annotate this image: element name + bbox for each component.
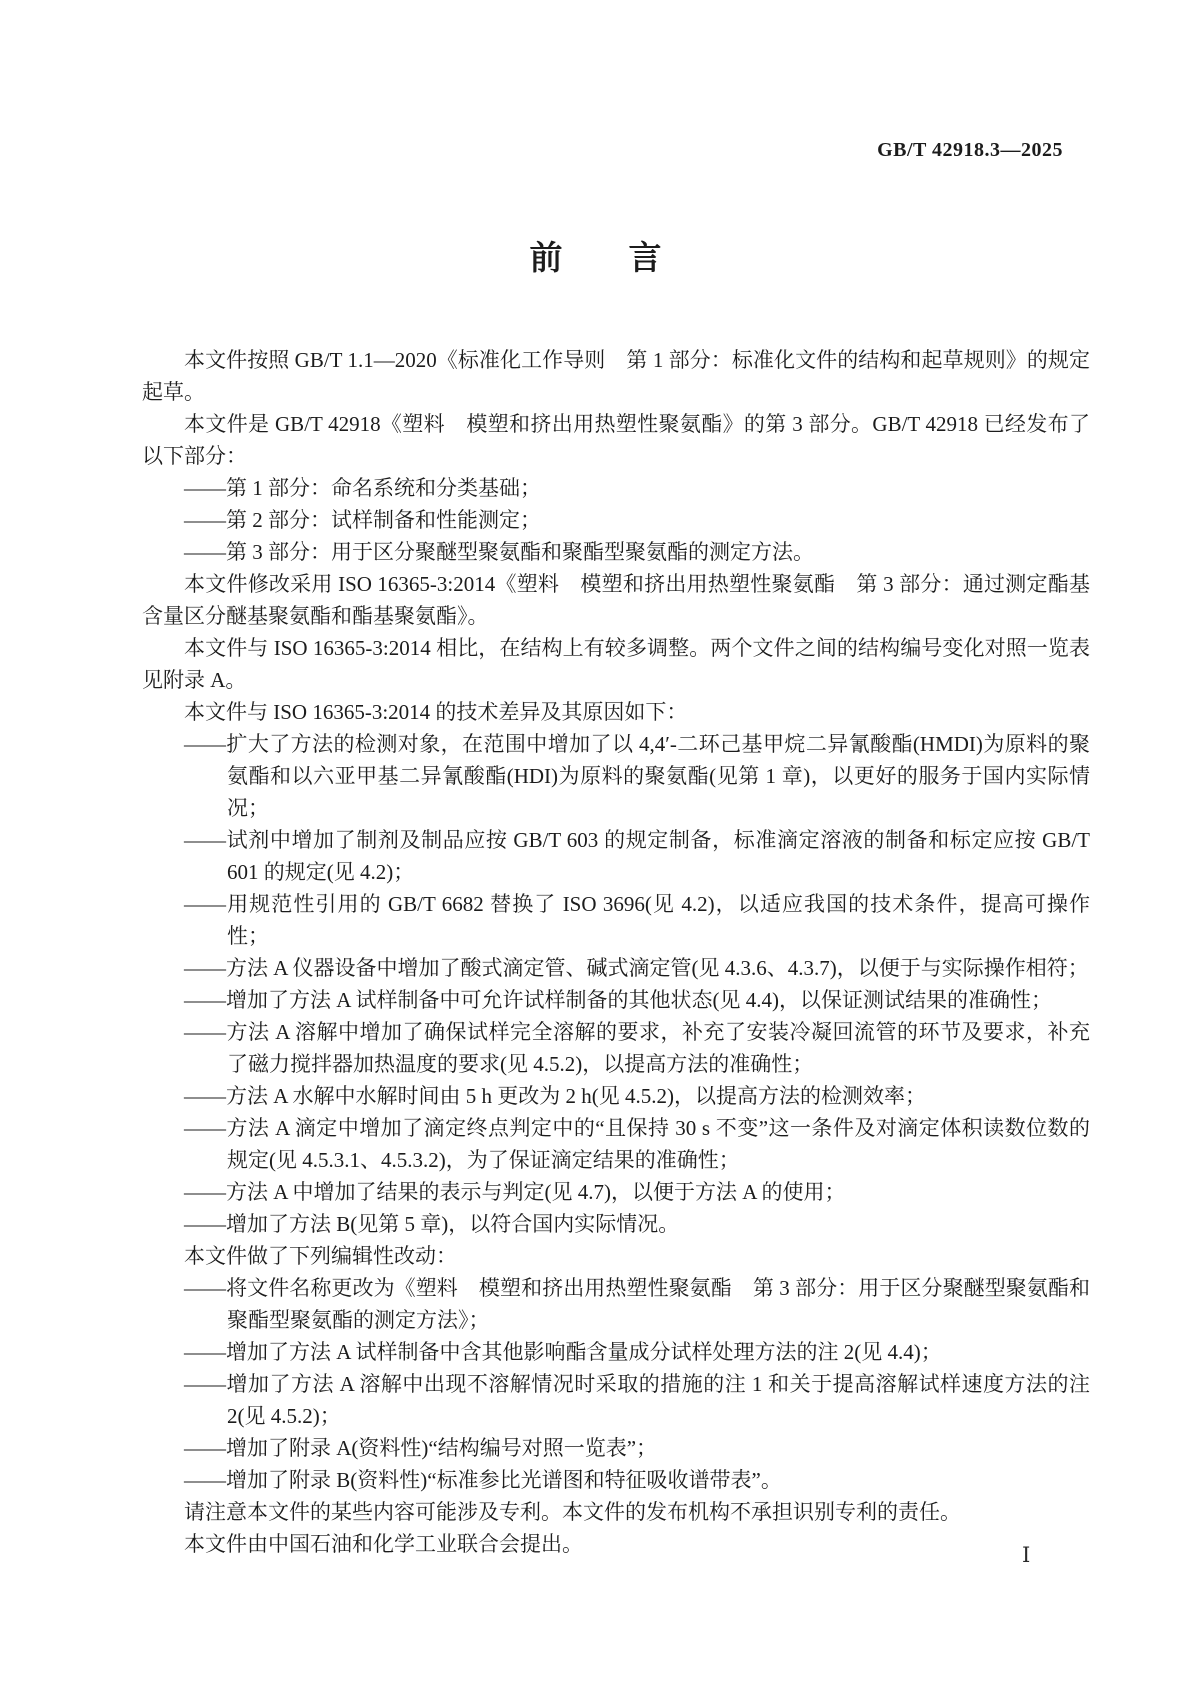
list-item: ——增加了方法 B(见第 5 章)，以符合国内实际情况。 <box>227 1208 1090 1240</box>
paragraph: 本文件与 ISO 16365-3:2014 的技术差异及其原因如下： <box>142 696 1090 728</box>
document-body: 本文件按照 GB/T 1.1—2020《标准化工作导则 第 1 部分：标准化文件… <box>142 344 1090 1560</box>
list-item: ——第 2 部分：试样制备和性能测定； <box>227 504 1090 536</box>
list-item: ——增加了方法 A 试样制备中含其他影响酯含量成分试样处理方法的注 2(见 4.… <box>227 1336 1090 1368</box>
list-item: ——增加了附录 A(资料性)“结构编号对照一览表”； <box>227 1432 1090 1464</box>
paragraph: 本文件由中国石油和化学工业联合会提出。 <box>142 1528 1090 1560</box>
list-item: ——试剂中增加了制剂及制品应按 GB/T 603 的规定制备，标准滴定溶液的制备… <box>227 824 1090 888</box>
document-page: GB/T 42918.3—2025 前 言 本文件按照 GB/T 1.1—202… <box>0 0 1191 1685</box>
paragraph: 本文件按照 GB/T 1.1—2020《标准化工作导则 第 1 部分：标准化文件… <box>142 344 1090 408</box>
list-item: ——增加了方法 A 溶解中出现不溶解情况时采取的措施的注 1 和关于提高溶解试样… <box>227 1368 1090 1432</box>
list-item: ——方法 A 水解中水解时间由 5 h 更改为 2 h(见 4.5.2)，以提高… <box>227 1080 1090 1112</box>
list-item: ——方法 A 溶解中增加了确保试样完全溶解的要求，补充了安装冷凝回流管的环节及要… <box>227 1016 1090 1080</box>
page-number: Ⅰ <box>1022 1543 1030 1568</box>
paragraph: 请注意本文件的某些内容可能涉及专利。本文件的发布机构不承担识别专利的责任。 <box>142 1496 1090 1528</box>
list-item: ——增加了方法 A 试样制备中可允许试样制备的其他状态(见 4.4)，以保证测试… <box>227 984 1090 1016</box>
list-item: ——将文件名称更改为《塑料 模塑和挤出用热塑性聚氨酯 第 3 部分：用于区分聚醚… <box>227 1272 1090 1336</box>
page-title: 前 言 <box>0 240 1191 276</box>
paragraph: 本文件与 ISO 16365-3:2014 相比，在结构上有较多调整。两个文件之… <box>142 632 1090 696</box>
paragraph: 本文件是 GB/T 42918《塑料 模塑和挤出用热塑性聚氨酯》的第 3 部分。… <box>142 408 1090 472</box>
paragraph: 本文件修改采用 ISO 16365-3:2014《塑料 模塑和挤出用热塑性聚氨酯… <box>142 568 1090 632</box>
list-item: ——方法 A 仪器设备中增加了酸式滴定管、碱式滴定管(见 4.3.6、4.3.7… <box>227 952 1090 984</box>
paragraph: 本文件做了下列编辑性改动： <box>142 1240 1090 1272</box>
list-item: ——方法 A 中增加了结果的表示与判定(见 4.7)，以便于方法 A 的使用； <box>227 1176 1090 1208</box>
standard-number: GB/T 42918.3—2025 <box>877 139 1063 162</box>
list-item: ——方法 A 滴定中增加了滴定终点判定中的“且保持 30 s 不变”这一条件及对… <box>227 1112 1090 1176</box>
list-item: ——用规范性引用的 GB/T 6682 替换了 ISO 3696(见 4.2)，… <box>227 888 1090 952</box>
list-item: ——第 3 部分：用于区分聚醚型聚氨酯和聚酯型聚氨酯的测定方法。 <box>227 536 1090 568</box>
list-item: ——增加了附录 B(资料性)“标准参比光谱图和特征吸收谱带表”。 <box>227 1464 1090 1496</box>
list-item: ——第 1 部分：命名系统和分类基础； <box>227 472 1090 504</box>
list-item: ——扩大了方法的检测对象，在范围中增加了以 4,4′-二环己基甲烷二异氰酸酯(H… <box>227 728 1090 824</box>
